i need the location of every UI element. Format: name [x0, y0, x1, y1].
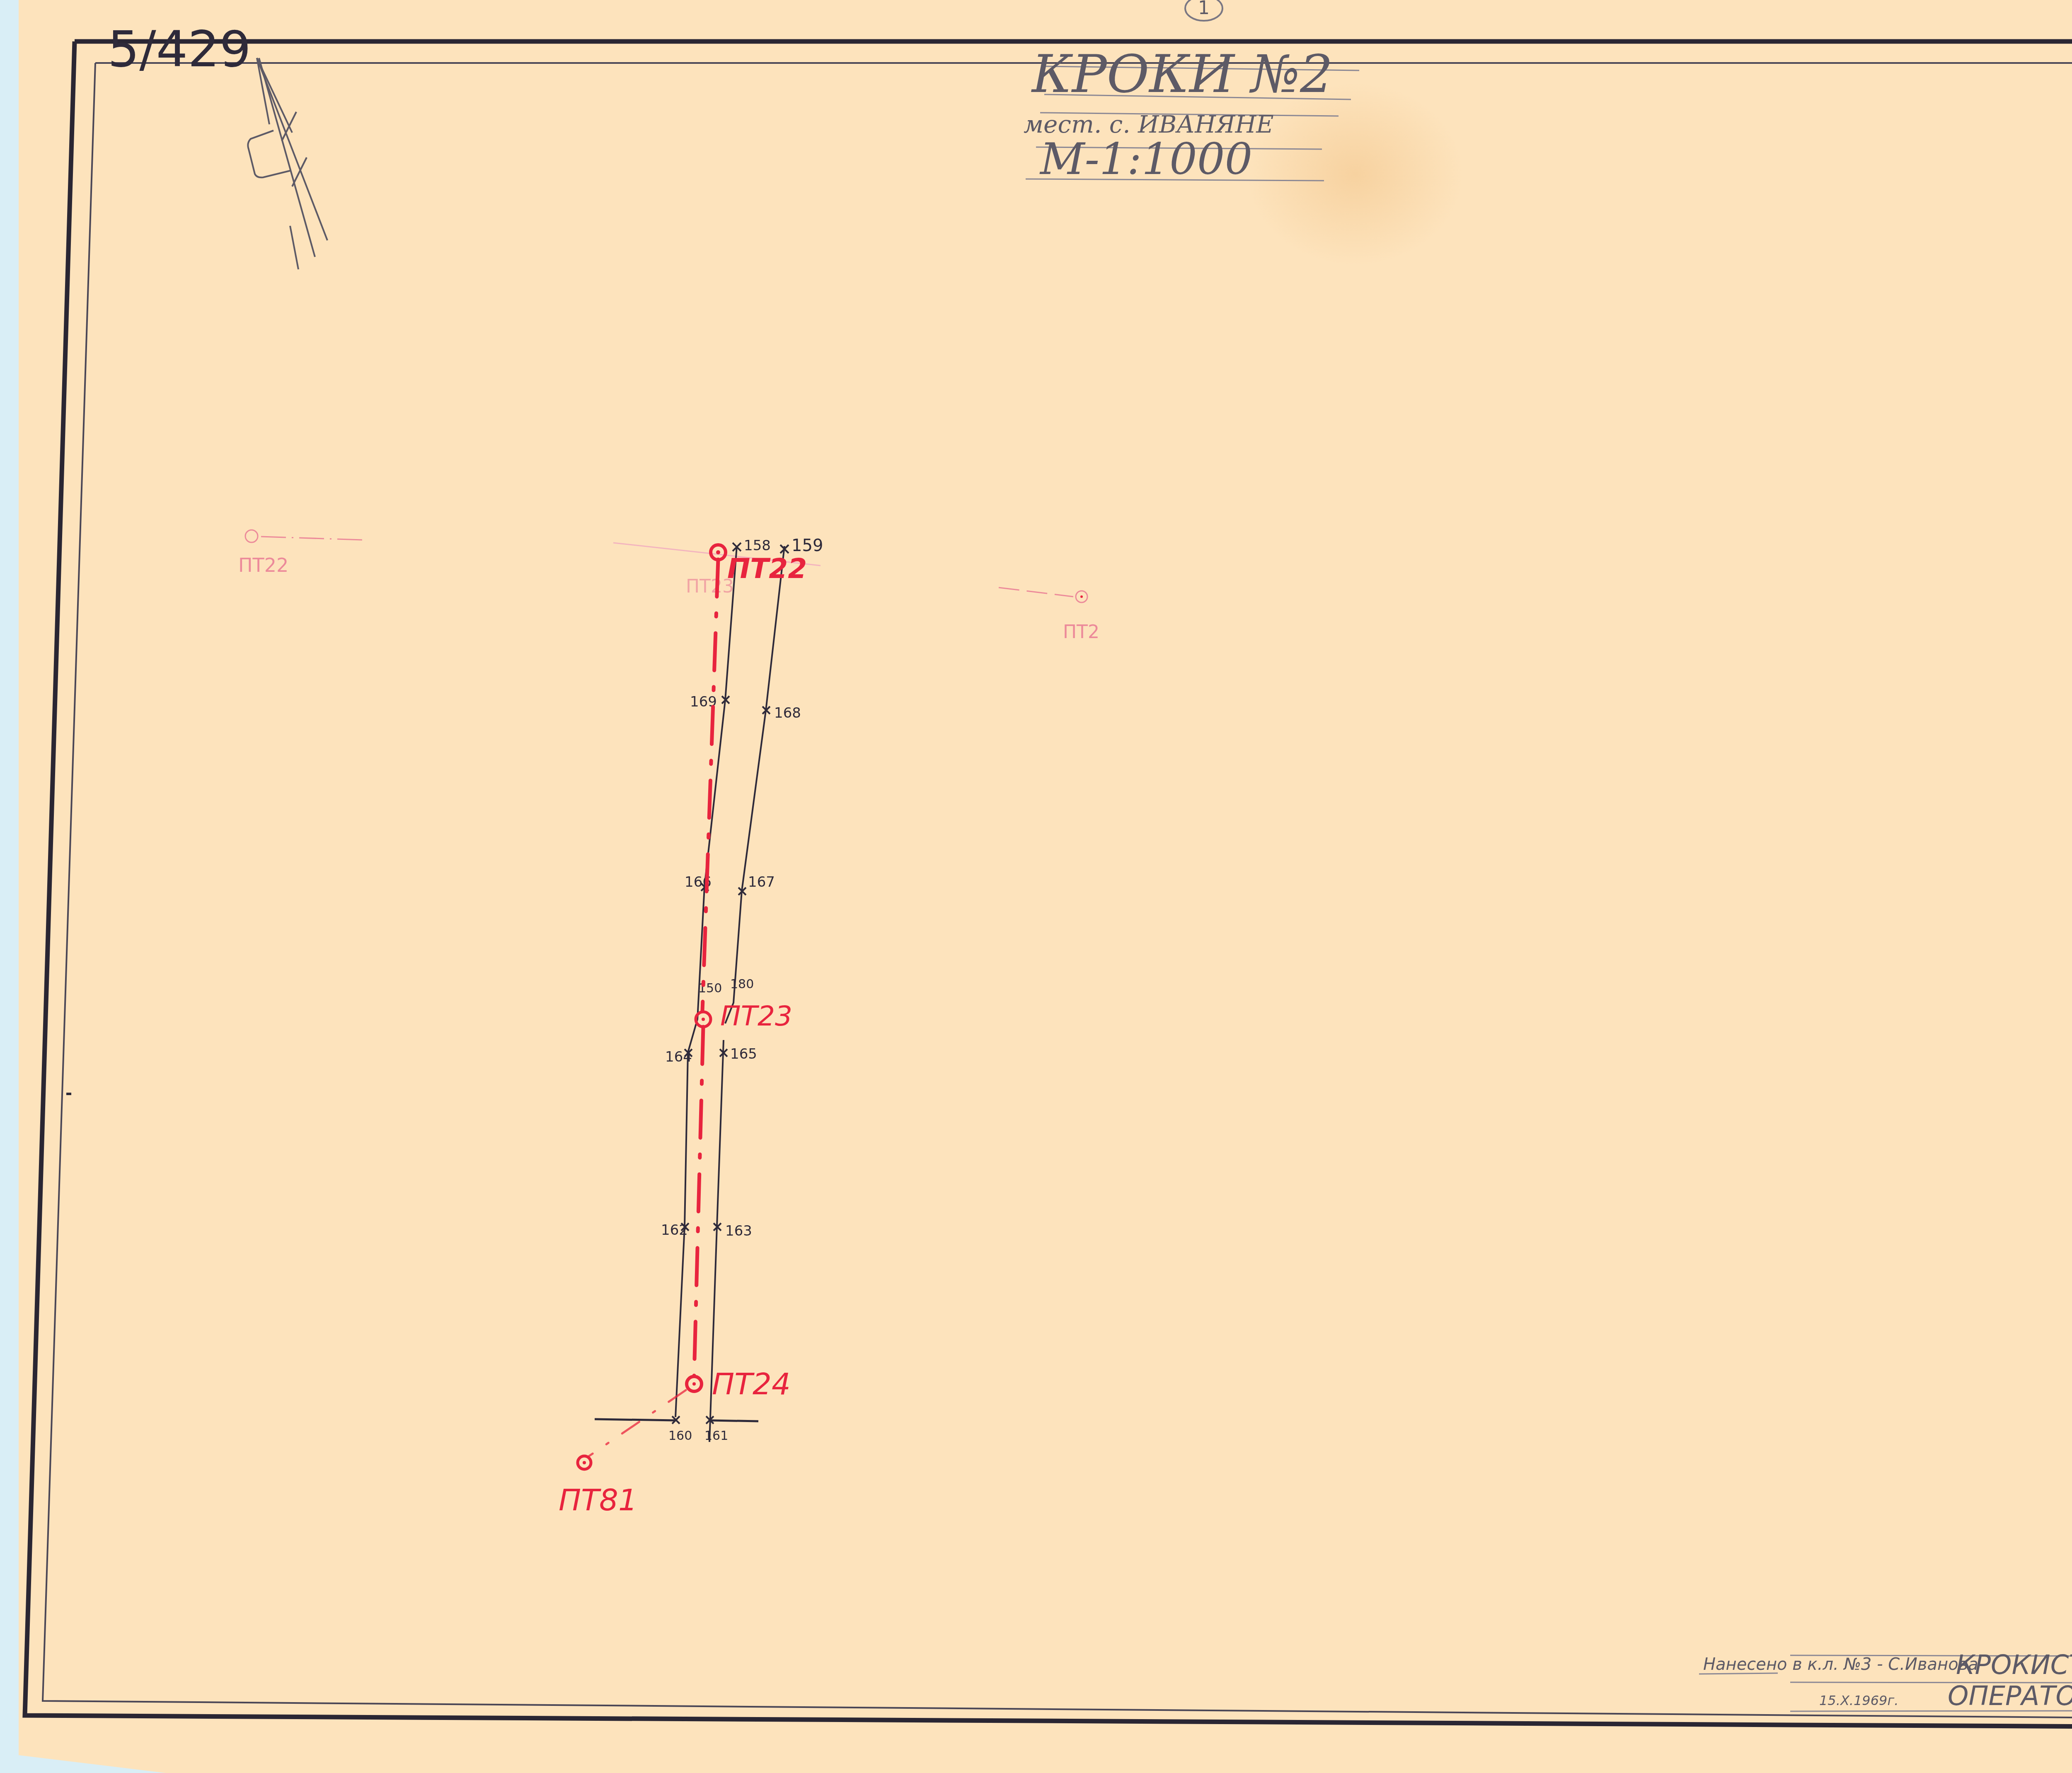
survey-sheet: 1 5/429 КРОКИ №2 мест. с. ИВАНЯНЕ М-1:10… — [0, 0, 2072, 1773]
operator-credit: ОПЕРАТОР: инж. А.Цонева — [1948, 1681, 2072, 1712]
label-167: 167 — [748, 874, 775, 890]
plot-date: 15.X.1969г. — [1819, 1693, 1898, 1708]
ghost-label-pt23: ПТ23 — [686, 576, 734, 597]
traverse-label-pt22: ПТ22 — [727, 553, 807, 585]
label-163: 163 — [725, 1223, 752, 1239]
label-160: 160 — [668, 1429, 692, 1443]
crossing-line-left — [595, 1419, 675, 1420]
paper — [19, 0, 2072, 1773]
label-168: 168 — [774, 705, 801, 721]
sketch-title: КРОКИ №2 — [1031, 44, 1333, 104]
paper-stain — [1247, 83, 1463, 265]
label-165: 165 — [730, 1046, 757, 1062]
traverse-label-pt23: ПТ23 — [720, 1000, 792, 1032]
page-marker-number: 1 — [1198, 0, 1210, 19]
label-164: 164 — [665, 1049, 692, 1065]
label-161: 161 — [704, 1429, 728, 1443]
sheet-canvas: 1 5/429 КРОКИ №2 мест. с. ИВАНЯНЕ М-1:10… — [0, 0, 2072, 1773]
surveyor-credit: КРОКИСТ: инж. Г. Димитров — [1956, 1650, 2072, 1681]
scale-label: М-1:1000 — [1039, 134, 1252, 184]
ghost-label-pt22: ПТ22 — [238, 554, 288, 576]
archive-number: 5/429 — [108, 21, 251, 78]
label-162: 162 — [661, 1222, 688, 1238]
label-158: 158 — [744, 537, 771, 554]
label-180: 180 — [730, 977, 754, 992]
crossing-line-right — [711, 1420, 758, 1421]
traverse-label-pt81: ПТ81 — [559, 1483, 637, 1517]
ghost-label-pt2: ПТ2 — [1063, 622, 1099, 643]
plotted-note: Нанесено в к.л. №3 - С.Иванова — [1703, 1655, 1978, 1674]
traverse-label-pt24: ПТ24 — [712, 1367, 791, 1401]
